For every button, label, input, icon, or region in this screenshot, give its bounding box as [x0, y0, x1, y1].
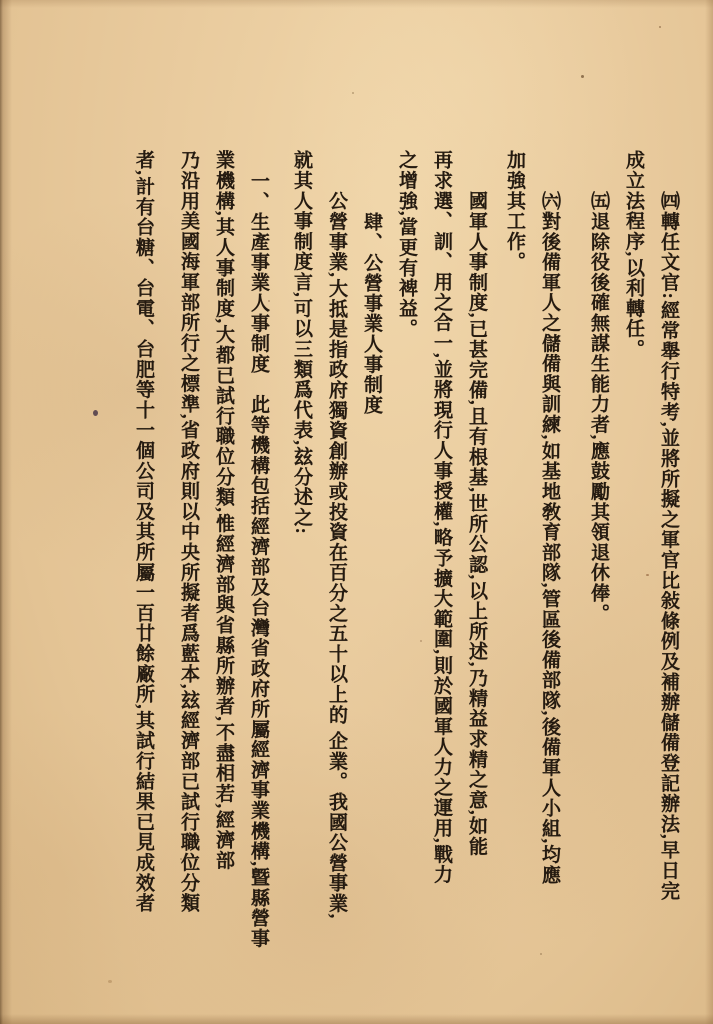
text-column: ㈥對後備軍人之儲備與訓練,如基地敎育部隊,管區後備部隊,後備軍人小組,均應 — [532, 150, 567, 1002]
paper-speck — [581, 75, 584, 78]
paper-speck — [659, 26, 661, 28]
text-column: 再求選、訓、用之合一,並將現行人事授權,略予擴大範圍,則於國軍人力之運用,戰力 — [424, 150, 459, 1002]
text-column: 公營事業,大抵是指政府獨資創辦或投資在百分之五十以上的 企業。我國公營事業, — [319, 150, 354, 1002]
text-column: ㈤退除役後確無謀生能力者,應鼓勵其領退休俸。 — [581, 150, 616, 1002]
page-text: ㈣轉任文官:經常舉行特考,並將所擬之軍官比敍條例及補辦儲備登記辦法,早日完 成立… — [126, 150, 686, 1002]
text-column: 者,計有台糖、台電、台肥等十一個公司及其所屬一百廿餘廠所,其試行結果已見成效者 — [126, 150, 161, 1002]
paper-speck — [93, 410, 98, 416]
text-column: 之增強,當更有裨益。 — [389, 150, 424, 1002]
text-column: 國軍人事制度,已甚完備,且有根基,世所公認,以上所述,乃精益求精之意,如能 — [459, 150, 494, 1002]
scanned-page: ㈣轉任文官:經常舉行特考,並將所擬之軍官比敍條例及補辦儲備登記辦法,早日完 成立… — [0, 0, 713, 1024]
text-column: 就其人事制度言,可以三類爲代表,玆分述之: — [284, 150, 319, 1002]
text-column: 業機構,其人事制度,大都已試行職位分類,惟經濟部與省縣所辦者,不盡相若,經濟部 — [206, 150, 241, 1002]
text-column: 成立法程序,以利轉任。 — [616, 150, 651, 1002]
section-heading: 肆、公營事業人事制度 — [354, 150, 389, 1002]
paper-speck — [352, 92, 354, 94]
text-column: 乃沿用美國海軍部所行之標準,省政府則以中央所擬者爲藍本,玆經濟部已試行職位分類 — [171, 150, 206, 1002]
text-column: 一、生產事業人事制度 此等機構包括經濟部及台灣省政府所屬經濟事業機構,曁縣營事 — [241, 150, 276, 1002]
text-column: ㈣轉任文官:經常舉行特考,並將所擬之軍官比敍條例及補辦儲備登記辦法,早日完 — [651, 150, 686, 1002]
paper-speck — [108, 980, 112, 983]
text-column: 加強其工作。 — [497, 150, 532, 1002]
